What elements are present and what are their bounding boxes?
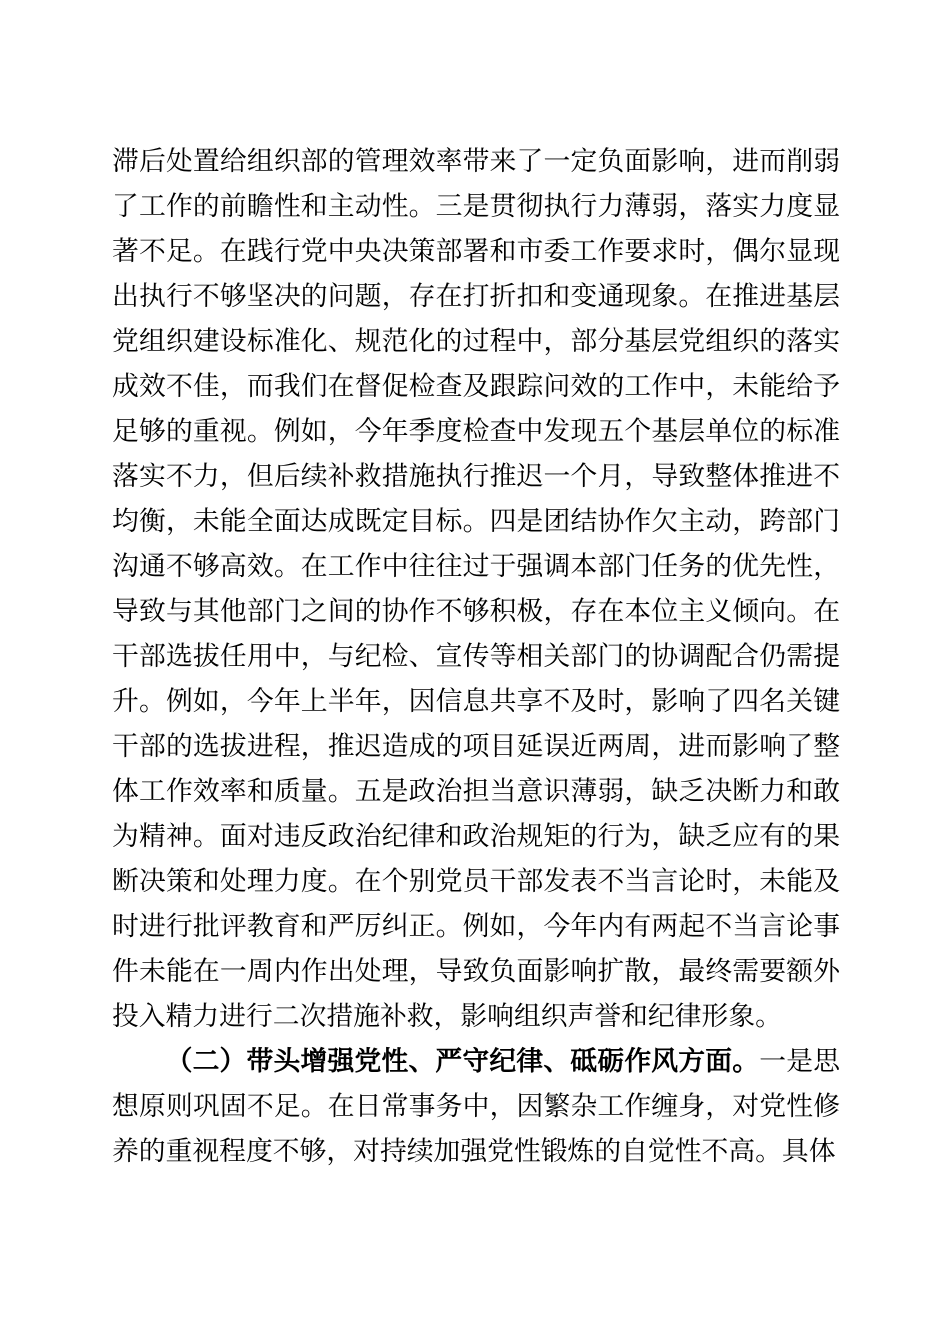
document-page: 滞后处置给组织部的管理效率带来了一定负面影响，进而削弱了工作的前瞻性和主动性。三… xyxy=(0,0,950,1344)
section-two-heading: （二）带头增强党性、严守纪律、砥砺作风方面。 xyxy=(166,1046,760,1076)
paragraph-problems-continuation: 滞后处置给组织部的管理效率带来了一定负面影响，进而削弱了工作的前瞻性和主动性。三… xyxy=(112,139,840,1039)
paragraph-section-two: （二）带头增强党性、严守纪律、砥砺作风方面。一是思想原则巩固不足。在日常事务中，… xyxy=(112,1039,840,1174)
